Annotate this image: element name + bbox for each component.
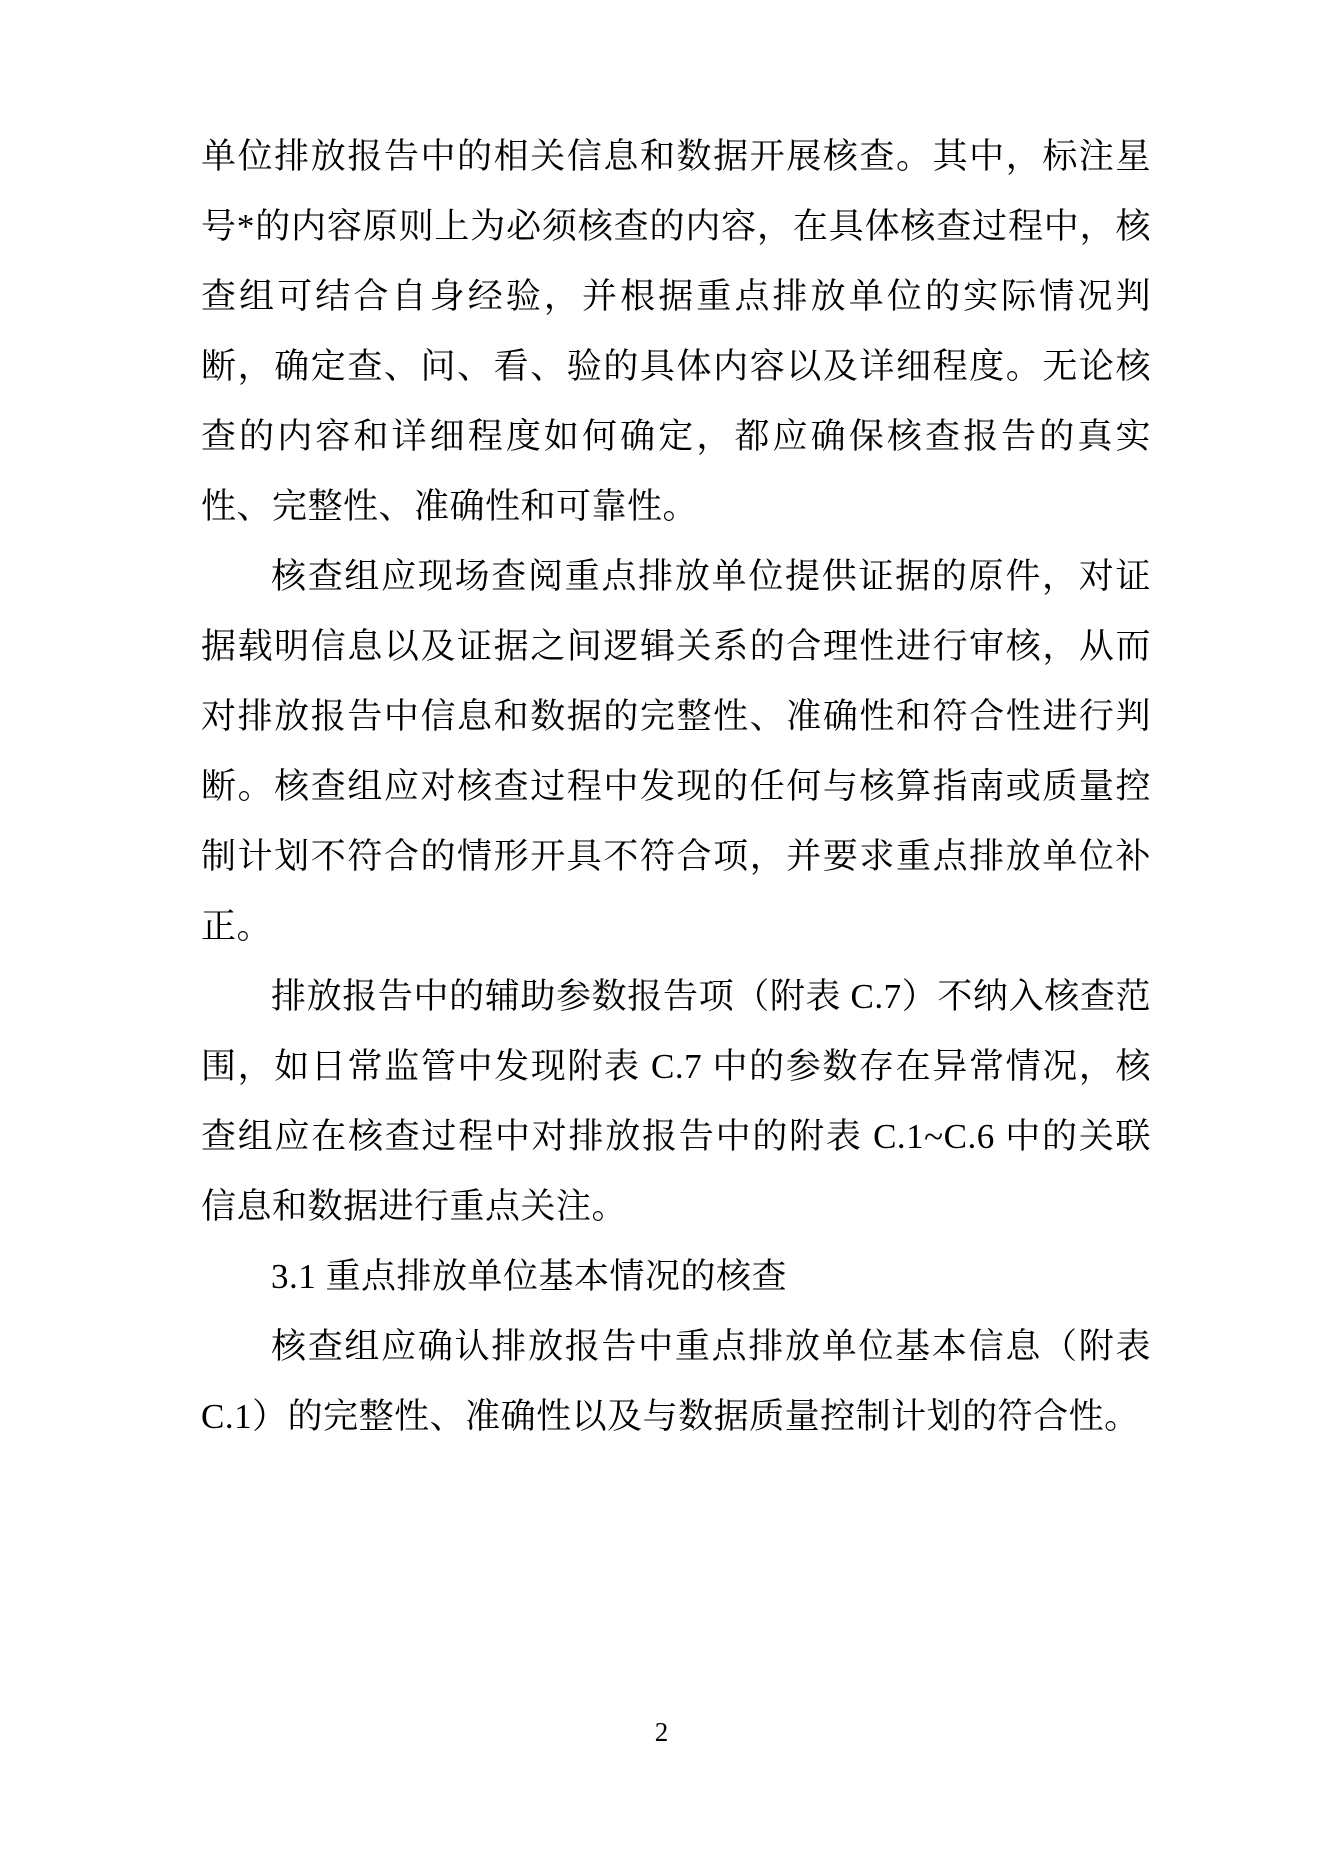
paragraph: 单位排放报告中的相关信息和数据开展核查。其中，标注星号*的内容原则上为必须核查的…	[201, 122, 1151, 542]
paragraph: 核查组应现场查阅重点排放单位提供证据的原件，对证据载明信息以及证据之间逻辑关系的…	[201, 542, 1151, 962]
page-number: 2	[655, 1717, 669, 1747]
page-footer: 2	[0, 1712, 1323, 1752]
document-body: 单位排放报告中的相关信息和数据开展核查。其中，标注星号*的内容原则上为必须核查的…	[201, 122, 1151, 1452]
document-page: 单位排放报告中的相关信息和数据开展核查。其中，标注星号*的内容原则上为必须核查的…	[0, 0, 1323, 1871]
section-heading: 3.1 重点排放单位基本情况的核查	[201, 1242, 1151, 1312]
paragraph: 核查组应确认排放报告中重点排放单位基本信息（附表 C.1）的完整性、准确性以及与…	[201, 1312, 1151, 1452]
paragraph: 排放报告中的辅助参数报告项（附表 C.7）不纳入核查范围，如日常监管中发现附表 …	[201, 962, 1151, 1242]
